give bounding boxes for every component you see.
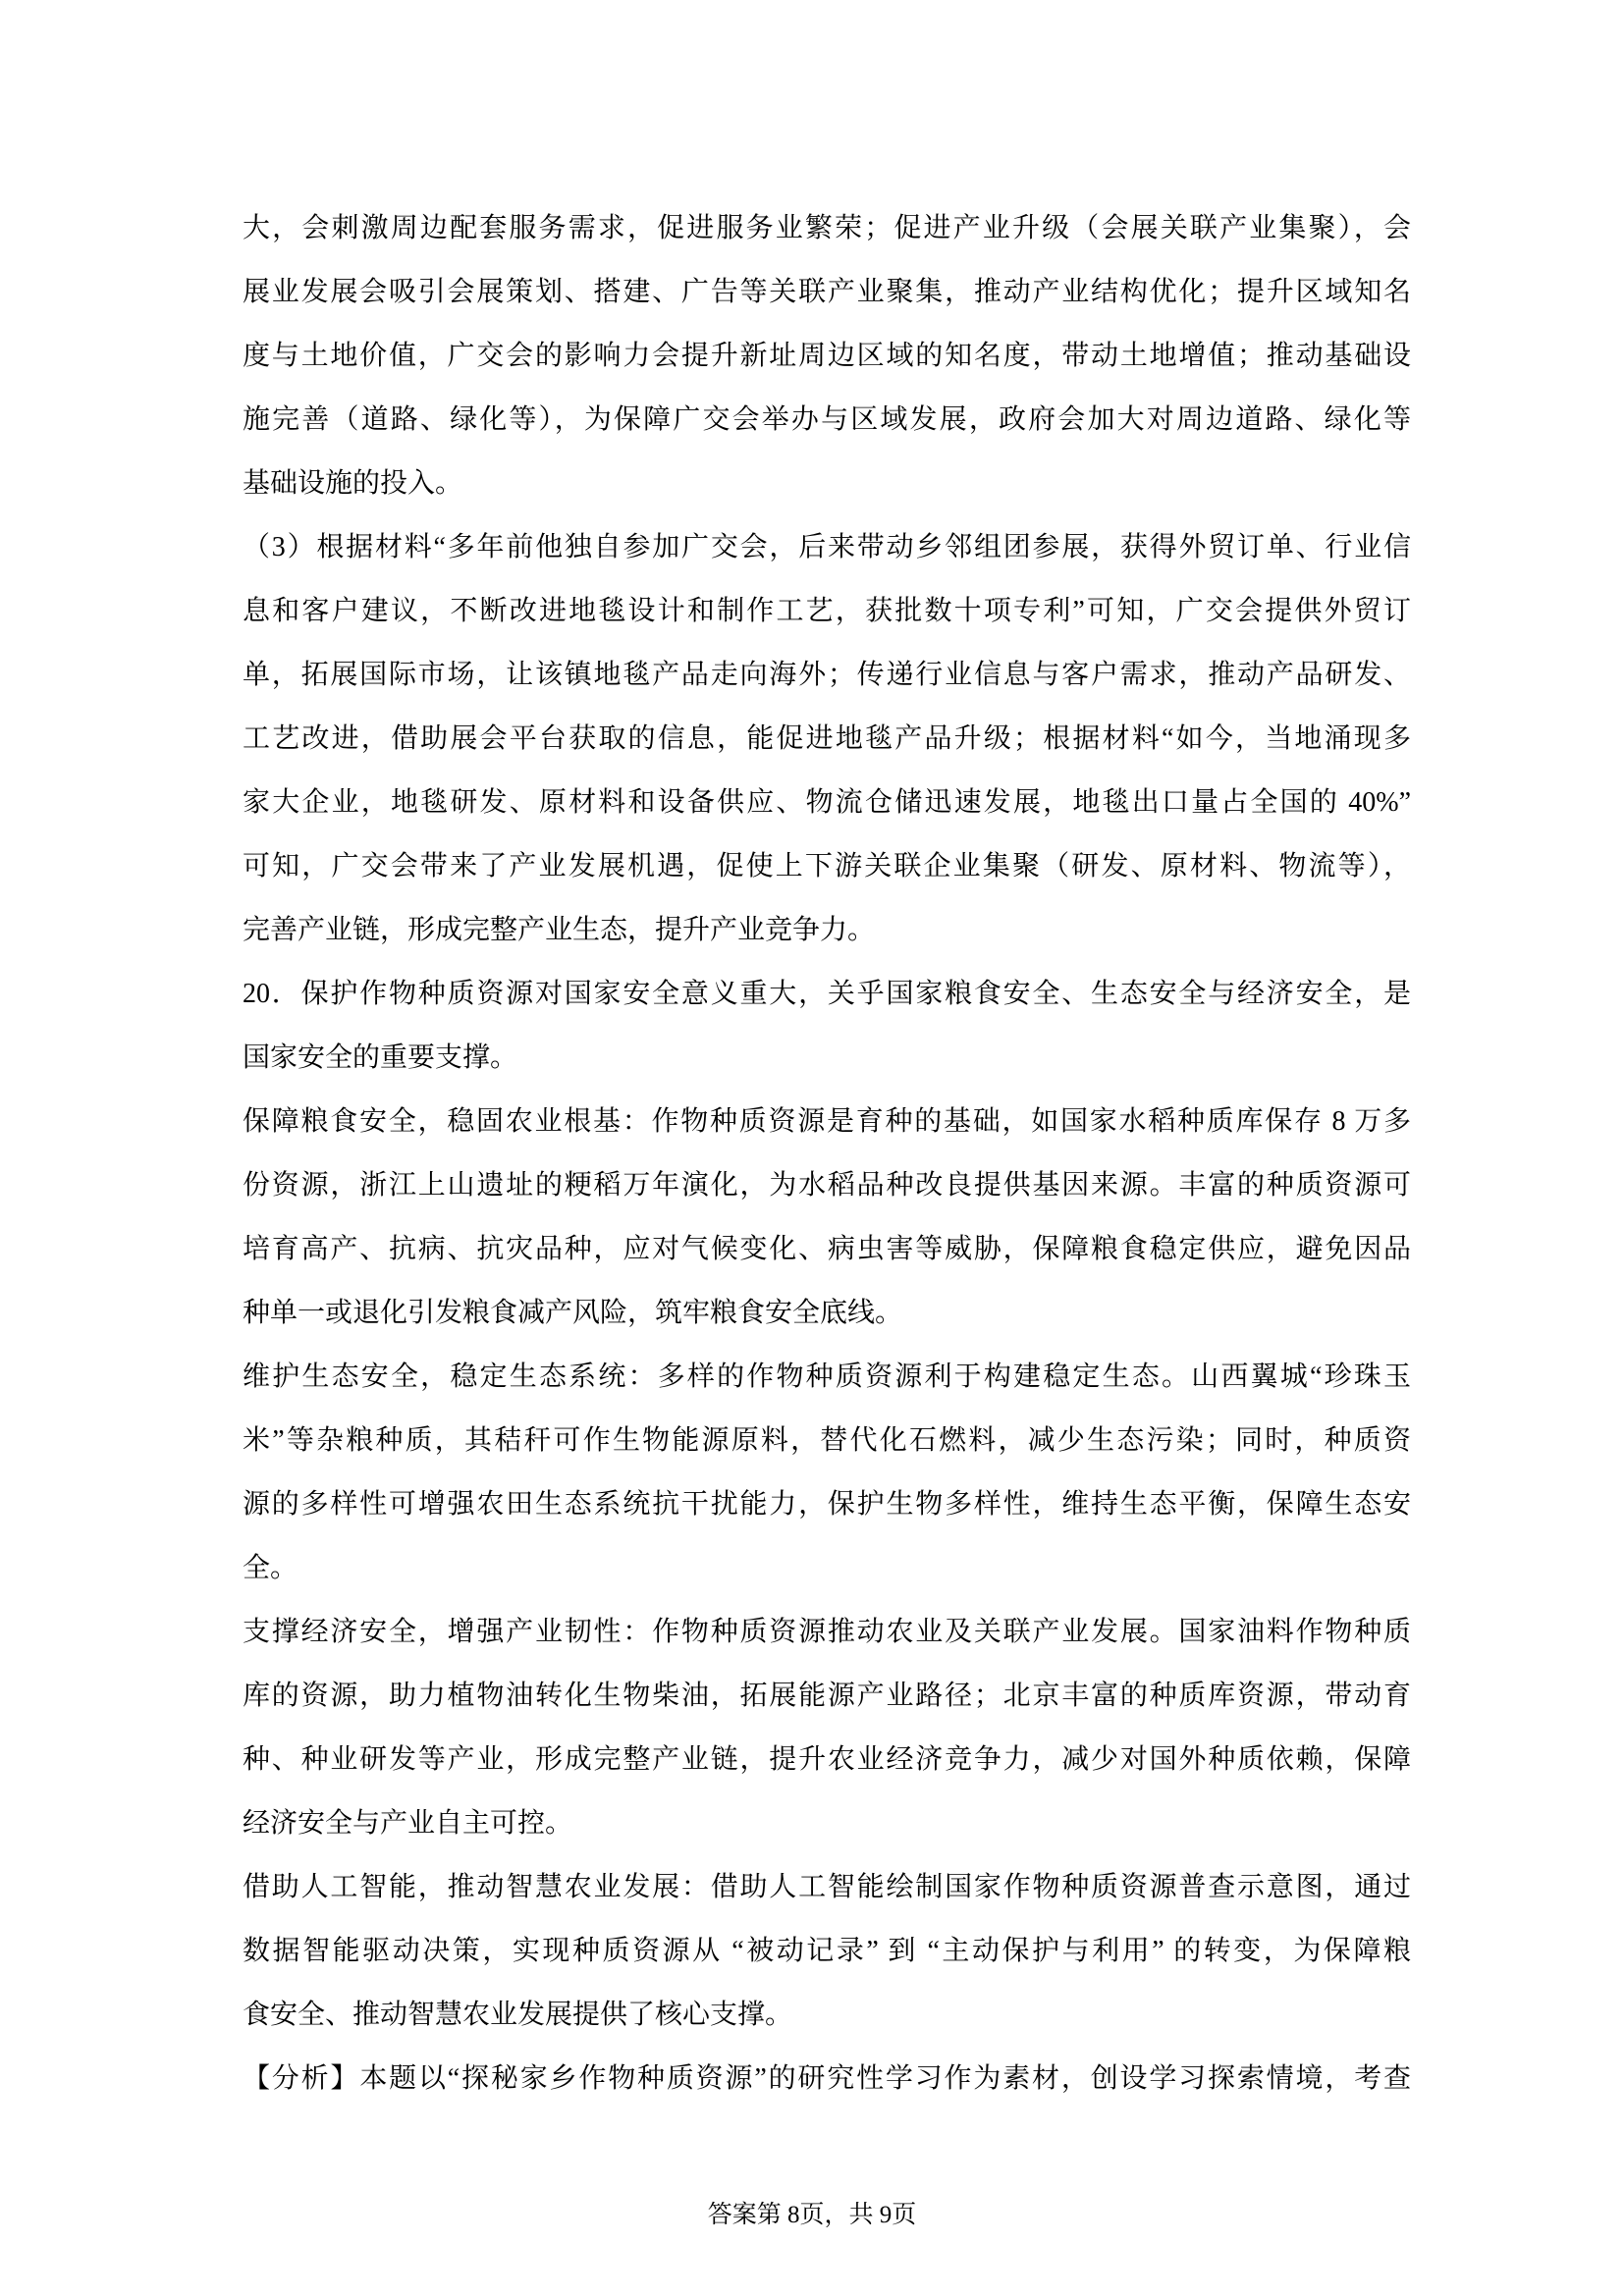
text-line: 保障粮食安全，稳固农业根基：作物种质资源是育种的基础，如国家水稻种质库保存 8 …	[243, 1090, 1411, 1153]
text-line: 国家安全的重要支撑。	[243, 1026, 1411, 1090]
text-line: 大，会刺激周边配套服务需求，促进服务业繁荣；促进产业升级（会展关联产业集聚），会	[243, 196, 1411, 260]
text-line: 完善产业链，形成完整产业生态，提升产业竞争力。	[243, 898, 1411, 962]
text-line: 支撑经济安全，增强产业韧性：作物种质资源推动农业及关联产业发展。国家油料作物种质	[243, 1600, 1411, 1664]
text-line: 全。	[243, 1536, 1411, 1600]
text-line: 息和客户建议，不断改进地毯设计和制作工艺，获批数十项专利”可知，广交会提供外贸订	[243, 579, 1411, 643]
text-line: 工艺改进，借助展会平台获取的信息，能促进地毯产品升级；根据材料“如今，当地涌现多	[243, 707, 1411, 771]
answer-text-body: 大，会刺激周边配套服务需求，促进服务业繁荣；促进产业升级（会展关联产业集聚），会…	[243, 196, 1411, 2110]
text-line: 食安全、推动智慧农业发展提供了核心支撑。	[243, 1983, 1411, 2047]
text-line: 经济安全与产业自主可控。	[243, 1791, 1411, 1855]
text-line: 展业发展会吸引会展策划、搭建、广告等关联产业聚集，推动产业结构优化；提升区域知名	[243, 260, 1411, 324]
text-line: 培育高产、抗病、抗灾品种，应对气候变化、病虫害等威胁，保障粮食稳定供应，避免因品	[243, 1217, 1411, 1281]
text-line: 20．保护作物种质资源对国家安全意义重大，关乎国家粮食安全、生态安全与经济安全，…	[243, 962, 1411, 1026]
text-line: 【分析】本题以“探秘家乡作物种质资源”的研究性学习作为素材，创设学习探索情境，考…	[243, 2047, 1411, 2110]
text-line: 米”等杂粮种质，其秸秆可作生物能源原料，替代化石燃料，减少生态污染；同时，种质资	[243, 1409, 1411, 1472]
text-line: 基础设施的投入。	[243, 452, 1411, 515]
text-line: 库的资源，助力植物油转化生物柴油，拓展能源产业路径；北京丰富的种质库资源，带动育	[243, 1664, 1411, 1728]
text-line: 施完善（道路、绿化等），为保障广交会举办与区域发展，政府会加大对周边道路、绿化等	[243, 388, 1411, 452]
text-line: 源的多样性可增强农田生态系统抗干扰能力，保护生物多样性，维持生态平衡，保障生态安	[243, 1472, 1411, 1536]
page-number-label: 答案第 8页，共 9页	[708, 2202, 917, 2228]
text-line: 可知，广交会带来了产业发展机遇，促使上下游关联企业集聚（研发、原材料、物流等），	[243, 834, 1411, 898]
text-line: 数据智能驱动决策，实现种质资源从 “被动记录” 到 “主动保护与利用” 的转变，…	[243, 1919, 1411, 1983]
page-footer: 答案第 8页，共 9页	[0, 2192, 1624, 2239]
text-line: （3）根据材料“多年前他独自参加广交会，后来带动乡邻组团参展，获得外贸订单、行业…	[243, 515, 1411, 579]
document-page: 大，会刺激周边配套服务需求，促进服务业繁荣；促进产业升级（会展关联产业集聚），会…	[0, 0, 1624, 2296]
text-line: 种单一或退化引发粮食减产风险，筑牢粮食安全底线。	[243, 1281, 1411, 1345]
text-line: 份资源，浙江上山遗址的粳稻万年演化，为水稻品种改良提供基因来源。丰富的种质资源可	[243, 1153, 1411, 1217]
text-line: 借助人工智能，推动智慧农业发展：借助人工智能绘制国家作物种质资源普查示意图，通过	[243, 1855, 1411, 1919]
text-line: 单，拓展国际市场，让该镇地毯产品走向海外；传递行业信息与客户需求，推动产品研发、	[243, 643, 1411, 707]
text-line: 种、种业研发等产业，形成完整产业链，提升农业经济竞争力，减少对国外种质依赖，保障	[243, 1728, 1411, 1791]
text-line: 家大企业，地毯研发、原材料和设备供应、物流仓储迅速发展，地毯出口量占全国的 40…	[243, 771, 1411, 834]
text-line: 度与土地价值，广交会的影响力会提升新址周边区域的知名度，带动土地增值；推动基础设	[243, 324, 1411, 388]
text-line: 维护生态安全，稳定生态系统：多样的作物种质资源利于构建稳定生态。山西翼城“珍珠玉	[243, 1345, 1411, 1409]
